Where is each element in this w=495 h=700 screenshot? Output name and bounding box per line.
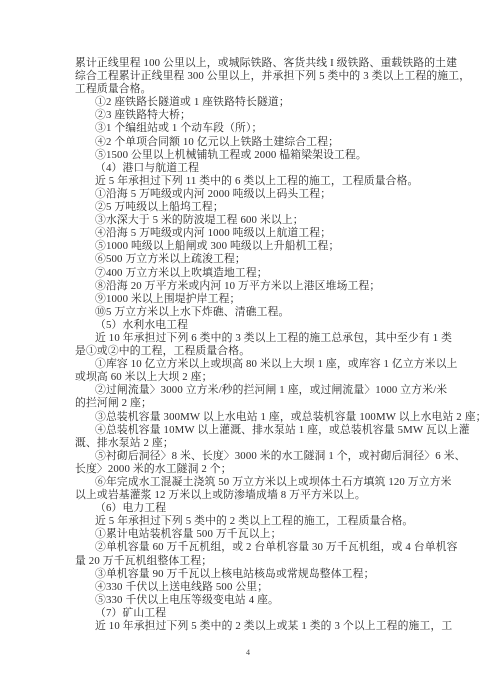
text-line: 近 10 年承担过下列 5 类中的 2 类以上或某 1 类的 3 个以上工程的施… — [75, 620, 423, 633]
text-line: 近 10 年承担过下列 6 类中的 3 类以上工程的施工总承包，其中至少有 1 … — [75, 332, 423, 345]
text-line: ①累计电站装机容量 500 万千瓦以上； — [75, 528, 423, 541]
text-line: 累计正线里程 100 公里以上，或城际铁路、客货共线 I 级铁路、重载铁路的土建 — [75, 57, 423, 70]
text-line: ⑤1000 吨级以上船闸或 300 吨级以上升船机工程； — [75, 240, 423, 253]
text-line: ⑥500 万立方米以上疏浚工程； — [75, 253, 423, 266]
document-page: 累计正线里程 100 公里以上，或城际铁路、客货共线 I 级铁路、重载铁路的土建… — [0, 0, 495, 700]
text-line: ④总装机容量 10MW 以上灌溉、排水泵站 1 座，或总装机容量 5MW 瓦以上… — [75, 424, 423, 437]
text-line: ③水深大于 5 米的防波堤工程 600 米以上； — [75, 214, 423, 227]
text-line: 长度〉2000 米的水工隧洞 2 个； — [75, 463, 423, 476]
text-line: ②3 座铁路特大桥； — [75, 109, 423, 122]
text-line: ③1 个编组站或 1 个动车段（所）； — [75, 122, 423, 135]
text-line: ⑦400 万立方米以上吹填造地工程； — [75, 267, 423, 280]
text-line: ④2 个单项合同额 10 亿元以上铁路土建综合工程； — [75, 136, 423, 149]
text-line: 近 5 年承担过下列 5 类中的 2 类以上工程的施工，工程质量合格。 — [75, 515, 423, 528]
text-line: ⑤330 千伏以上电压等级变电站 4 座。 — [75, 594, 423, 607]
text-line: （4）港口与航道工程 — [75, 162, 423, 175]
text-line: （5）水利水电工程 — [75, 319, 423, 332]
text-line: 是①或②中的工程，工程质量合格。 — [75, 345, 423, 358]
text-line: ②5 万吨级以上船坞工程； — [75, 201, 423, 214]
text-line: ④沿海 5 万吨级或内河 1000 吨级以上航道工程； — [75, 227, 423, 240]
text-line: ⑧沿海 20 万平方米或内河 10 万平方米以上港区堆场工程； — [75, 280, 423, 293]
text-line: 或坝高 60 米以上大坝 2 座； — [75, 371, 423, 384]
text-line: （6）电力工程 — [75, 502, 423, 515]
text-line: 的拦河闸 2 座； — [75, 397, 423, 410]
text-line: 近 5 年承担过下列 11 类中的 6 类以上工程的施工，工程质量合格。 — [75, 175, 423, 188]
text-line: ①库容 10 亿立方米以上或坝高 80 米以上大坝 1 座，或库容 1 亿立方米… — [75, 358, 423, 371]
text-line: （7）矿山工程 — [75, 607, 423, 620]
text-line: 工程质量合格。 — [75, 83, 423, 96]
text-line: ⑤衬砌后洞径〉8 米、长度〉3000 米的水工隧洞 1 个，或衬砌后洞径〉6 米… — [75, 450, 423, 463]
text-line: 溉、排水泵站 2 座； — [75, 437, 423, 450]
text-line: ⑤1500 公里以上机械铺轨工程或 2000 榀箱梁架设工程。 — [75, 149, 423, 162]
text-line: 综合工程累计正线里程 300 公里以上，并承担下列 5 类中的 3 类以上工程的… — [75, 70, 423, 83]
text-line: ⑨1000 米以上围堤护岸工程； — [75, 293, 423, 306]
text-line: ②过闸流量〉3000 立方米/秒的拦河闸 1 座，或过闸流量〉1000 立方米/… — [75, 384, 423, 397]
text-line: ③单机容量 90 万千瓦以上核电站核岛或常规岛整体工程； — [75, 568, 423, 581]
text-line: ⑩5 万立方米以上水下炸礁、清礁工程。 — [75, 306, 423, 319]
text-line: ⑥年完成水工混凝土浇筑 50 万立方米以上或坝体土石方填筑 120 万立方米 — [75, 476, 423, 489]
text-line: 以上或岩基灌浆 12 万米以上或防渗墙成墙 8 万平方米以上。 — [75, 489, 423, 502]
document-body: 累计正线里程 100 公里以上，或城际铁路、客货共线 I 级铁路、重载铁路的土建… — [75, 57, 423, 633]
text-line: ②单机容量 60 万千瓦机组，或 2 台单机容量 30 万千瓦机组，或 4 台单… — [75, 541, 423, 554]
page-number: 4 — [244, 648, 252, 658]
text-line: 量 20 万千瓦机组整体工程； — [75, 555, 423, 568]
text-line: ①2 座铁路长隧道或 1 座铁路特长隧道； — [75, 96, 423, 109]
text-line: ③总装机容量 300MW 以上水电站 1 座，或总装机容量 100MW 以上水电… — [75, 411, 423, 424]
text-line: ④330 千伏以上送电线路 500 公里； — [75, 581, 423, 594]
text-line: ①沿海 5 万吨级或内河 2000 吨级以上码头工程； — [75, 188, 423, 201]
